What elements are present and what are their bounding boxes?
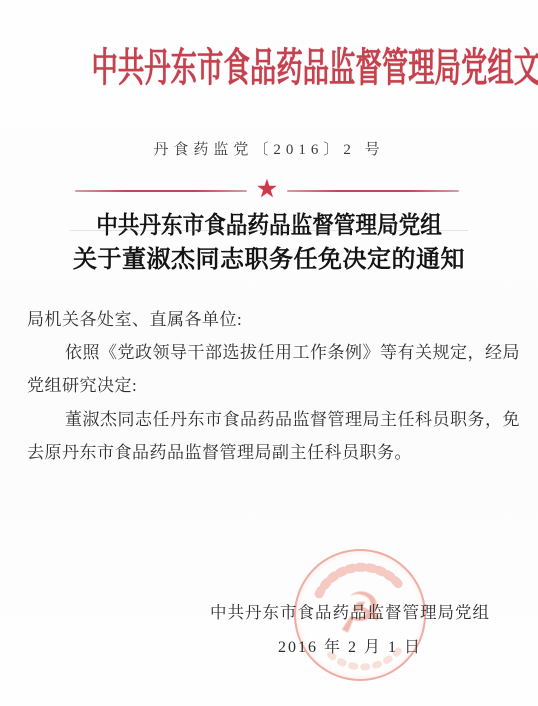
star-icon: ★ (256, 179, 278, 201)
signature-org: 中共丹东市食品药品监督管理局党组 (204, 602, 496, 624)
body-line: 党组研究决定: (27, 369, 527, 402)
body-text: 局机关各处室、直属各单位: 依照《党政领导干部选拔任用工作条例》等有关规定，经局… (27, 303, 527, 469)
document-number: 丹食药监党〔2016〕2 号 (0, 138, 538, 162)
divider-rule-left (75, 190, 247, 192)
divider-rule-right (287, 190, 459, 192)
document-page: 中共丹东市食品药品监督管理局党组文件 丹食药监党〔2016〕2 号 ★ 中共丹东… (0, 0, 538, 706)
scan-artifact-line (70, 230, 468, 231)
body-line: 去原丹东市食品药品监督管理局副主任科员职务。 (27, 436, 527, 469)
notice-title-line1: 中共丹东市食品药品监督管理局党组 (27, 209, 511, 243)
notice-title-line2: 关于董淑杰同志职务任免决定的通知 (0, 243, 538, 277)
notice-title: 中共丹东市食品药品监督管理局党组 关于董淑杰同志职务任免决定的通知 (0, 209, 538, 277)
star-divider: ★ (75, 180, 459, 202)
body-salutation: 局机关各处室、直属各单位: (27, 303, 527, 336)
signature-block: 中共丹东市食品药品监督管理局党组 2016 年 2 月 1 日 (204, 602, 496, 657)
body-line: 董淑杰同志任丹东市食品药品监督管理局主任科员职务，免 (27, 403, 527, 436)
body-line: 依照《党政领导干部选拔任用工作条例》等有关规定，经局 (27, 336, 527, 369)
signature-date: 2016 年 2 月 1 日 (204, 634, 496, 657)
letterhead-title: 中共丹东市食品药品监督管理局党组文件 (91, 40, 446, 96)
